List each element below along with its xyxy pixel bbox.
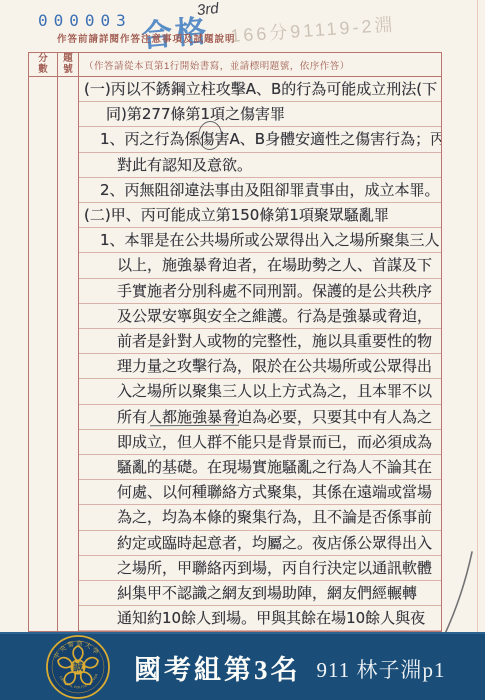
handwriting-line: 入之場所以聚集三人以上方式為之，且本罪不以 — [79, 379, 441, 404]
handwriting-line: 理力量之攻擊行為，限於在公共場所或公眾得出 — [79, 354, 441, 379]
score-column — [29, 77, 58, 632]
grid-header-row: 分數 題號 （作答請從本頁第1行開始書寫，並請標明題號，依序作答） — [29, 53, 441, 77]
footer-banner: 中央警察大學 CENTRAL POLICE UNIVERSITY 誠 國考組第3… — [0, 632, 485, 700]
footer-title: 國考組第3名 — [134, 648, 301, 687]
question-number-column — [58, 77, 79, 632]
handwriting-line: (二)甲、丙可能成立第150條第1項聚眾騷亂罪 — [79, 203, 441, 228]
emblem-center-character: 誠 — [73, 660, 84, 673]
score-column-label: 分數 — [36, 54, 50, 75]
handwriting-line: 1、本罪是在公共場所或公眾得出入之場所聚集三人 — [79, 228, 441, 253]
handwriting-line: 為之，均為本條的聚集行為，且不論是否係事前 — [79, 505, 441, 530]
pencil-score-note: 166分91119-2淵 — [229, 6, 460, 48]
rank-annotation: 3rd — [196, 0, 219, 19]
answer-grid: 分數 題號 （作答請從本頁第1行開始書寫，並請標明題號，依序作答） (一)丙以不… — [28, 52, 442, 632]
score-column-header: 分數 — [29, 53, 58, 76]
question-number-column-label: 題號 — [61, 54, 75, 75]
handwriting-line: 手實施者分別科處不同刑罰。保護的是公共秩序 — [79, 279, 441, 304]
handwriting-line: 所有人都施強暴脅迫為必要，只要其中有人為之 — [79, 405, 441, 430]
handwriting-line: 糾集甲不認識之網友到場助陣，網友們經輾轉 — [79, 581, 441, 606]
handwriting-line: 以上，施強暴脅迫者，在場助勢之人、首謀及下 — [79, 253, 441, 278]
handwriting-line: (一)丙以不銹鋼立柱攻擊A、B的行為可能成立刑法(下 — [79, 77, 441, 102]
footer-author: 911 林子淵p1 — [317, 654, 446, 684]
handwriting-line: 即成立，但人群不能只是背景而已，而必須成為 — [79, 430, 441, 455]
central-police-university-emblem-icon: 中央警察大學 CENTRAL POLICE UNIVERSITY 誠 — [46, 635, 110, 699]
handwriting-line: 約定或臨時起意者，均屬之。夜店係公眾得出入 — [79, 531, 441, 556]
question-number-column-header: 題號 — [58, 53, 79, 76]
handwriting-line: 1、丙之行為係傷害A、B身體安適性之傷害行為；丙 — [79, 127, 441, 152]
handwriting-line: 前者是針對人或物的完整性，施以具重要性的物 — [79, 329, 441, 354]
handwriting-line: 對此有認知及意欲。 — [79, 153, 441, 178]
serial-number: 000003 — [38, 11, 132, 30]
right-margin-line — [477, 0, 478, 632]
handwriting-line: 之場所，甲聯絡丙到場，丙自行決定以通訊軟體 — [79, 556, 441, 581]
handwriting-line: 通知約10餘人到場。甲與其餘在場10餘人與夜 — [79, 606, 441, 631]
handwriting-line: 何處、以何種聯絡方式聚集，其係在遠端或當場 — [79, 480, 441, 505]
handwriting-line: 同)第277條第1項之傷害罪 — [79, 102, 441, 127]
handwriting-line: 騷亂的基礎。在現場實施騷亂之行為人不論其在 — [79, 455, 441, 480]
handwriting-line: 2、丙無阻卻違法事由及阻卻罪責事由，成立本罪。 — [79, 178, 441, 203]
handwriting-line: 及公眾安寧與安全之維護。行為是強暴或脅迫， — [79, 304, 441, 329]
exam-answer-sheet-page: 000003 合格 3rd 166分91119-2淵 作答前請詳閱作答注意事項及… — [0, 0, 485, 700]
instruction-cell: （作答請從本頁第1行開始書寫，並請標明題號，依序作答） — [79, 53, 441, 76]
grid-body: (一)丙以不銹鋼立柱攻擊A、B的行為可能成立刑法(下 同)第277條第1項之傷害… — [29, 77, 441, 632]
answer-column: (一)丙以不銹鋼立柱攻擊A、B的行為可能成立刑法(下 同)第277條第1項之傷害… — [79, 77, 441, 632]
notice-text: 作答前請詳閱作答注意事項及試題說明 — [57, 31, 236, 45]
instruction-text: （作答請從本頁第1行開始書寫，並請標明題號，依序作答） — [84, 58, 350, 72]
